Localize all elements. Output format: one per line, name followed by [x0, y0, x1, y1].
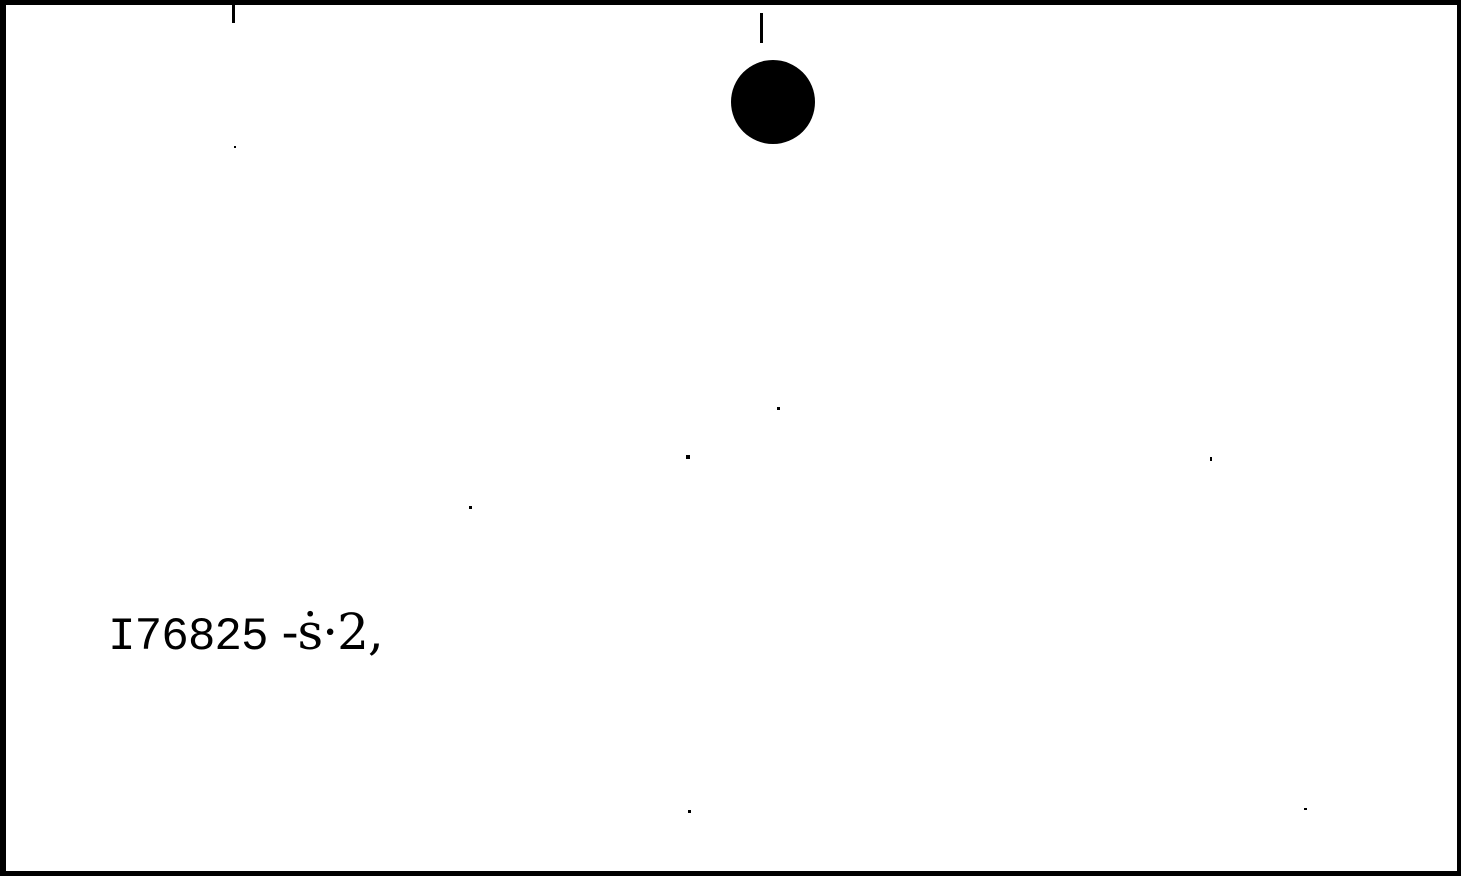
scan-speck	[469, 506, 472, 509]
scan-speck	[1210, 457, 1212, 461]
scan-speck	[686, 455, 690, 459]
punch-hole	[731, 60, 815, 144]
document-card: I76825-ṡ·2,	[6, 5, 1457, 871]
handwritten-annotation: -ṡ·2,	[282, 603, 383, 661]
scan-speck	[232, 5, 235, 23]
scan-speck	[688, 810, 691, 813]
typed-id-number: I76825	[108, 611, 268, 663]
scan-speck	[234, 146, 236, 148]
scan-speck	[777, 407, 780, 410]
scan-speck	[1304, 808, 1307, 810]
card-id: I76825-ṡ·2,	[108, 603, 383, 663]
scan-speck	[760, 13, 763, 43]
